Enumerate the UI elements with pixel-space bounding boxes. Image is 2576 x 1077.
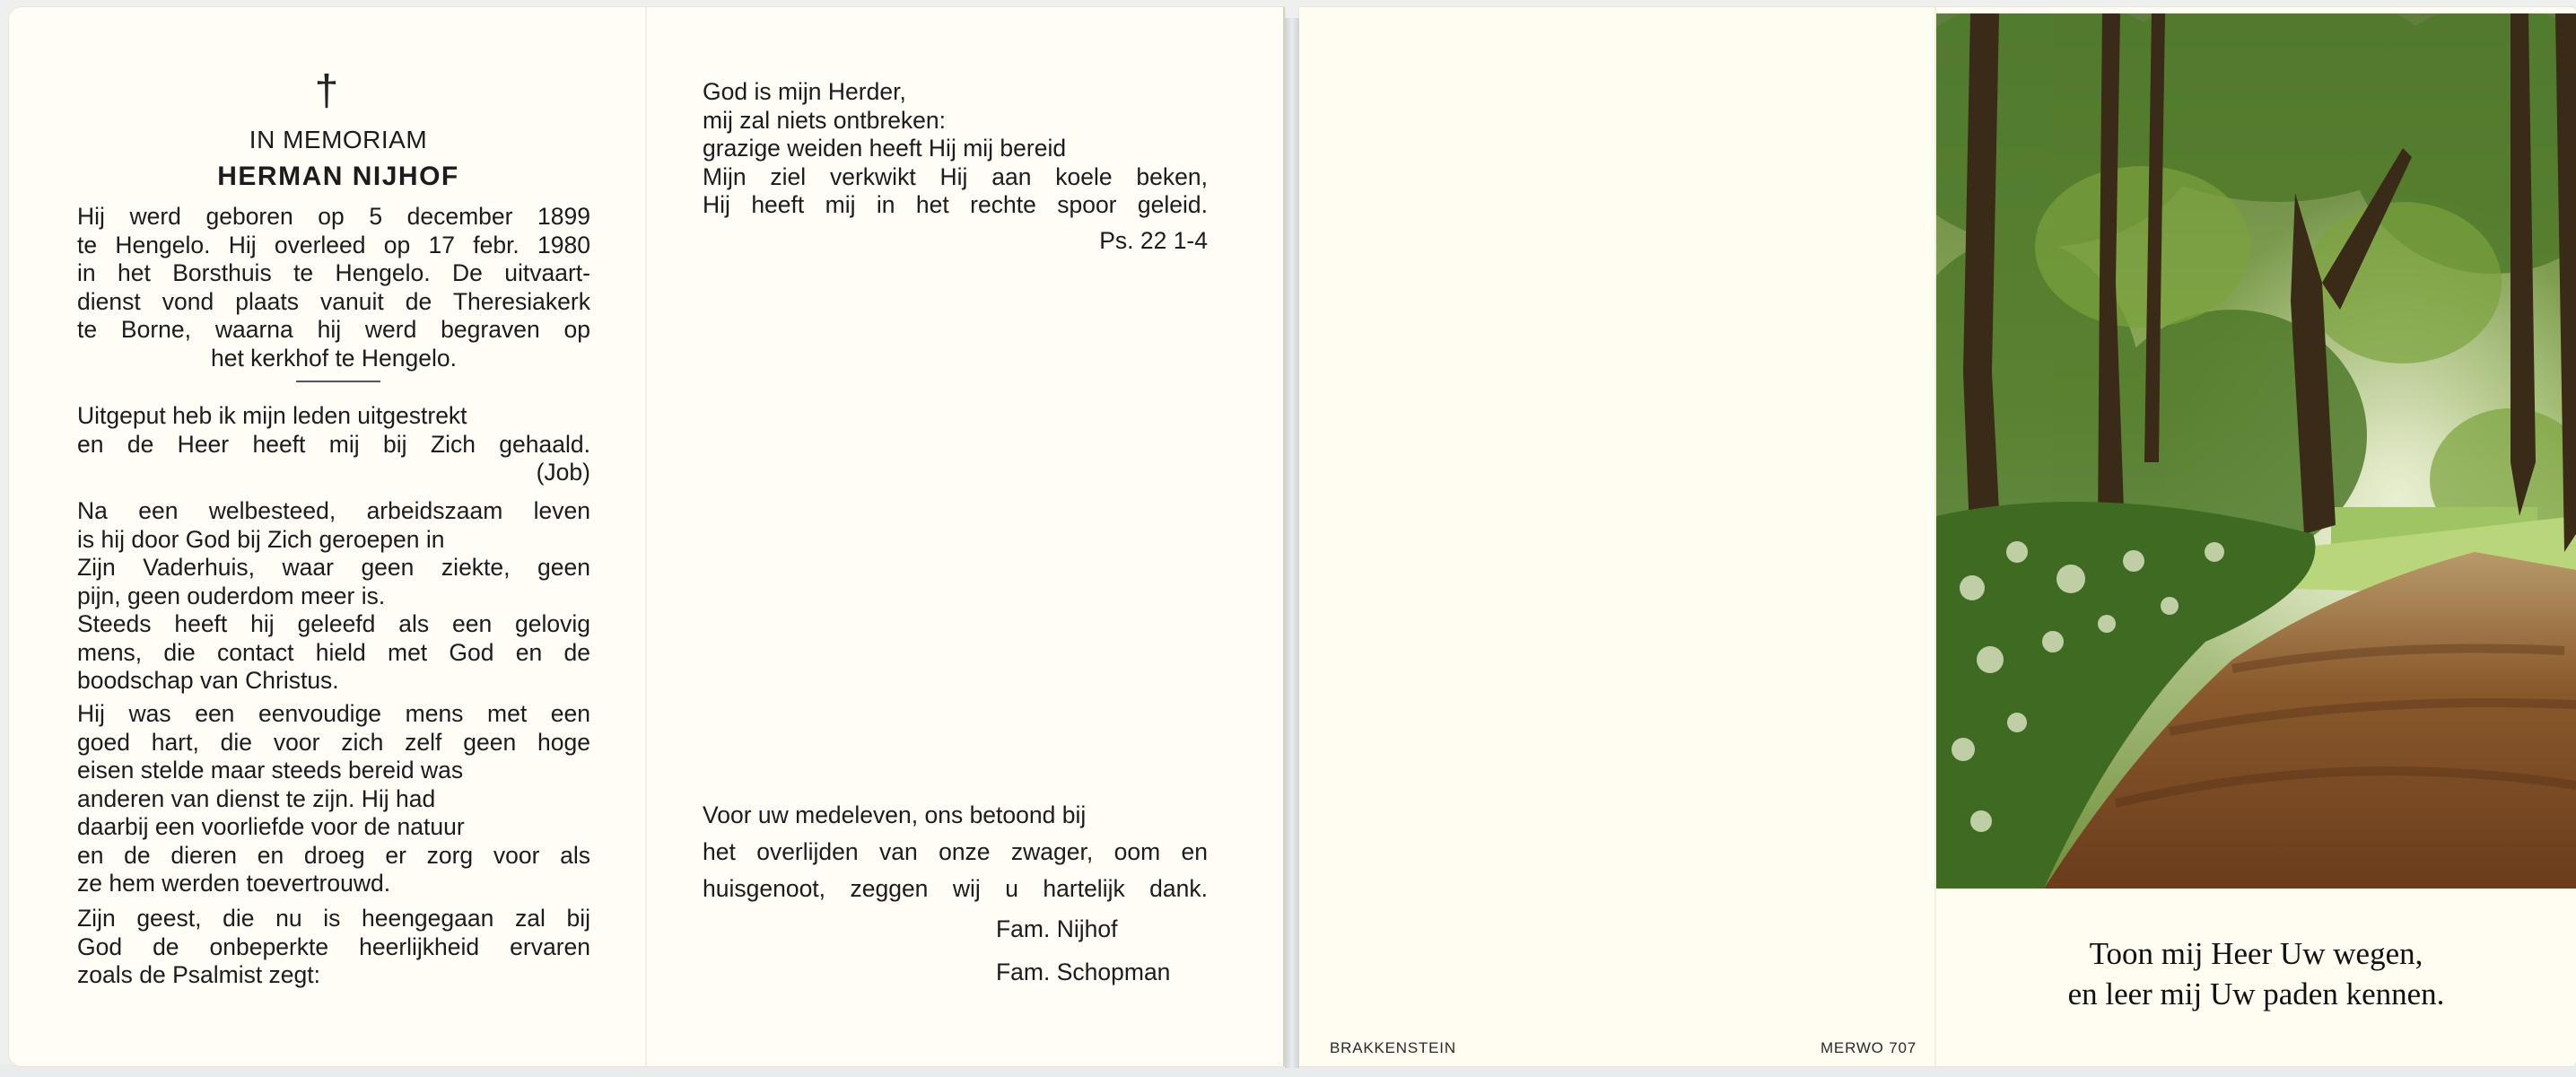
cross-icon: † (315, 70, 339, 113)
panel-psalm-thanks: God is mijn Herder, mij zal niets ontbre… (646, 7, 1285, 1066)
bio-paragraph: Hij werd geboren op 5 december 1899 te H… (77, 203, 590, 372)
divider (296, 381, 380, 382)
job-source: (Job) (77, 459, 590, 487)
panel-front: Toon mij Heer Uw wegen, en leer mij Uw p… (1936, 7, 2576, 1066)
job-quote: Uitgeput heb ik mijn leden uitgestrekt e… (77, 402, 590, 487)
panel-back: BRAKKENSTEIN MERWO 707 (1299, 7, 1934, 1066)
publisher-imprint: BRAKKENSTEIN (1330, 1039, 1456, 1057)
deceased-name: HERMAN NIJHOF (86, 162, 590, 192)
thanks-paragraph: Voor uw medeleven, ons betoond bij het o… (703, 797, 1208, 907)
psalm-quote: God is mijn Herder, mij zal niets ontbre… (703, 78, 1208, 255)
series-code: MERWO 707 (1821, 1039, 1917, 1057)
memoriam-heading: IN MEMORIAM (86, 126, 590, 154)
panel-in-memoriam: † IN MEMORIAM HERMAN NIJHOF Hij werd geb… (9, 7, 644, 1066)
psalm-reference: Ps. 22 1-4 (703, 227, 1208, 256)
character-paragraph: Hij was een eenvoudige mens met een goed… (77, 700, 590, 898)
card-gap (1285, 18, 1299, 1068)
signature-schopman: Fam. Schopman (996, 959, 1170, 986)
spirit-paragraph: Zijn geest, die nu is heengegaan zal bij… (77, 905, 590, 990)
front-caption: Toon mij Heer Uw wegen, en leer mij Uw p… (1936, 933, 2576, 1014)
forest-path-photo (1936, 13, 2576, 889)
signature-nijhof: Fam. Nijhof (996, 915, 1117, 943)
life-paragraph: Na een welbesteed, arbeidszaam leven is … (77, 497, 590, 696)
